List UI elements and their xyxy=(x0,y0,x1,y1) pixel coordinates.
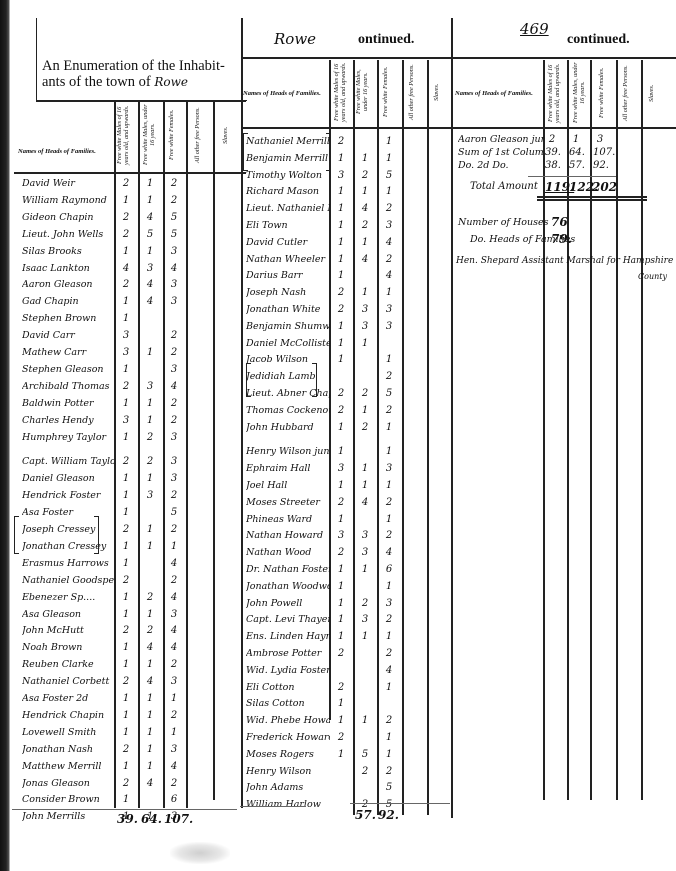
males-under-16-count: 1 xyxy=(358,338,372,349)
females-count: 1 xyxy=(382,749,396,760)
males-under-16-count: 5 xyxy=(358,749,372,760)
table-row: Ens. Linden Haynes111 xyxy=(0,631,676,648)
males-under-16-count: 2 xyxy=(358,220,372,231)
males-16-up-count: 1 xyxy=(334,698,348,709)
head-of-family-name: John Powell xyxy=(246,598,330,609)
table-row: Silas Cotton1 xyxy=(0,698,676,715)
males-under-16-count: 3 xyxy=(358,614,372,625)
males-under-16-count: 2 xyxy=(358,422,372,433)
head-of-family-name: Wid. Phebe Howard xyxy=(246,715,330,726)
head-of-family-name: Joel Hall xyxy=(246,480,330,491)
males-16-up-count: 38. xyxy=(545,160,559,171)
table-row: Henry Wilson jun.11 xyxy=(0,446,676,463)
col-header-other-free: All other free Persons. xyxy=(622,62,632,124)
table-row: John Hubbard121 xyxy=(0,422,676,439)
males-under-16-count: 4 xyxy=(358,497,372,508)
males-16-up-count: 2 xyxy=(545,134,559,145)
females-count: 4 xyxy=(382,237,396,248)
table-row: John Powell123 xyxy=(0,598,676,615)
males-16-up-count: 1 xyxy=(334,270,348,281)
females-count: 1 xyxy=(382,287,396,298)
head-of-family-name: Benjamin Shumway xyxy=(246,321,330,332)
males-16-up-count: 1 xyxy=(334,321,348,332)
head-of-family-name: Daniel McCollister xyxy=(246,338,330,349)
males-16-up-count: 2 xyxy=(334,497,348,508)
head-of-family-name: Do. 2d Do. xyxy=(458,160,544,171)
males-16-up-count: 1 xyxy=(334,338,348,349)
table-row: Wid. Lydia Foster4 xyxy=(0,665,676,682)
head-of-family-name: Lieut. Abner Chapin xyxy=(246,388,330,399)
head-of-family-name: Jonathan White xyxy=(246,304,330,315)
bracket-right xyxy=(312,363,317,397)
females-count: 1 xyxy=(382,514,396,525)
females-count: 3 xyxy=(382,598,396,609)
males-under-16-count: 4 xyxy=(358,254,372,265)
head-of-family-name: Thomas Cockenough xyxy=(246,405,330,416)
males-under-16-count: 1 xyxy=(358,715,372,726)
page-title: An Enumeration of the Inhabit- ants of t… xyxy=(42,58,247,90)
head-of-family-name: Nathan Wheeler xyxy=(246,254,330,265)
head-of-family-name: Henry Wilson jun. xyxy=(246,446,330,457)
total-amount-label: Total Amount xyxy=(470,181,538,192)
males-under-16-count: 64. xyxy=(569,147,583,158)
head-of-family-name: Lieut. Nathaniel Merril xyxy=(246,203,330,214)
head-of-family-name: David Cutler xyxy=(246,237,330,248)
males-16-up-count: 2 xyxy=(334,547,348,558)
table-row: Frederick Howard21 xyxy=(0,732,676,749)
houses-label: Number of Houses xyxy=(458,217,548,228)
table-row: Joseph Nash211 xyxy=(0,287,676,304)
head-of-family-name: Dr. Nathan Foster xyxy=(246,564,330,575)
females-count: 4 xyxy=(382,547,396,558)
table-row: Thomas Cockenough212 xyxy=(0,405,676,422)
head-of-family-name: Moses Streeter xyxy=(246,497,330,508)
table-row: Ephraim Hall313 xyxy=(0,463,676,480)
table-row: Ambrose Potter22 xyxy=(0,648,676,665)
middle-total-females: 92. xyxy=(378,808,399,822)
females-count: 2 xyxy=(382,614,396,625)
males-16-up-count: 1 xyxy=(334,598,348,609)
page-number: 469 xyxy=(520,20,549,38)
table-row: Lieut. Abner Chapin225 xyxy=(0,388,676,405)
middle-town-name: Rowe xyxy=(274,30,316,48)
head-of-family-name: Moses Rogers xyxy=(246,749,330,760)
head-of-family-name: Aaron Gleason jun. xyxy=(458,134,544,145)
table-row: Nathan Wood234 xyxy=(0,547,676,564)
females-count: 1 xyxy=(382,480,396,491)
males-16-up-count: 1 xyxy=(334,514,348,525)
males-under-16-count: 2 xyxy=(358,766,372,777)
females-count: 1 xyxy=(382,682,396,693)
females-count: 1 xyxy=(382,732,396,743)
females-count: 1 xyxy=(382,631,396,642)
bracket-left xyxy=(246,363,251,397)
sum-rule xyxy=(528,176,616,177)
table-row: Lieut. Nathaniel Merril142 xyxy=(0,203,676,220)
table-row: John Adams5 xyxy=(0,782,676,799)
males-under-16-count: 1 xyxy=(358,405,372,416)
head-of-family-name: William Harlow xyxy=(246,799,330,810)
females-count: 2 xyxy=(382,497,396,508)
families-value: 79. xyxy=(551,232,572,246)
males-under-16-count: 57. xyxy=(569,160,583,171)
males-16-up-count: 2 xyxy=(334,732,348,743)
head-of-family-name: Henry Wilson xyxy=(246,766,330,777)
head-of-family-name: Eli Cotton xyxy=(246,682,330,693)
table-row: Do. 2d Do.38.57.92. xyxy=(0,160,676,177)
females-count: 4 xyxy=(382,270,396,281)
males-16-up-count: 1 xyxy=(334,581,348,592)
females-count: 1 xyxy=(382,422,396,433)
paper-smudge xyxy=(170,842,230,864)
table-row: Capt. Levi Thayer132 xyxy=(0,614,676,631)
males-under-16-count: 1 xyxy=(569,134,583,145)
head-of-family-name: Silas Cotton xyxy=(246,698,330,709)
females-count: 1 xyxy=(382,186,396,197)
table-row: Benjamin Shumway133 xyxy=(0,321,676,338)
head-of-family-name: John Hubbard xyxy=(246,422,330,433)
females-count: 5 xyxy=(382,782,396,793)
total-double-rule xyxy=(537,199,647,201)
males-16-up-count: 2 xyxy=(334,388,348,399)
table-row: Jonathan White233 xyxy=(0,304,676,321)
males-16-up-count: 1 xyxy=(334,749,348,760)
males-16-up-count: 1 xyxy=(334,614,348,625)
head-of-family-name: Nathan Howard xyxy=(246,530,330,541)
col-header-slaves: Slaves. xyxy=(433,62,443,122)
head-of-family-name: Eli Town xyxy=(246,220,330,231)
table-row: Darius Barr14 xyxy=(0,270,676,287)
head-of-family-name: Capt. Levi Thayer xyxy=(246,614,330,625)
middle-continued-heading: ontinued. xyxy=(358,32,414,48)
head-of-family-name: Nathan Wood xyxy=(246,547,330,558)
males-under-16-count: 3 xyxy=(358,530,372,541)
head-of-family-name: Phineas Ward xyxy=(246,514,330,525)
males-16-up-count: 1 xyxy=(334,564,348,575)
names-column-header: Names of Heads of Families. xyxy=(455,90,533,97)
males-16-up-count: 1 xyxy=(334,220,348,231)
males-under-16-count: 2 xyxy=(358,598,372,609)
males-16-up-count: 1 xyxy=(334,480,348,491)
col-header-males-under-16: Free white Males, under 16 years. xyxy=(355,62,369,122)
table-row: William Harlow25 xyxy=(0,799,676,816)
females-count: 1 xyxy=(382,354,396,365)
males-16-up-count: 2 xyxy=(334,287,348,298)
head-of-family-name: Jonathan Woodworth xyxy=(246,581,330,592)
males-16-up-count: 2 xyxy=(334,304,348,315)
table-row: Eli Cotton21 xyxy=(0,682,676,699)
males-16-up-count: 1 xyxy=(334,631,348,642)
females-count: 3 xyxy=(382,304,396,315)
total-females: 202 xyxy=(592,180,617,194)
head-of-family-name: Richard Mason xyxy=(246,186,330,197)
houses-value: 76 xyxy=(551,215,568,229)
males-under-16-count: 1 xyxy=(358,631,372,642)
females-count: 2 xyxy=(382,715,396,726)
right-continued-heading: continued. xyxy=(567,32,630,48)
females-count: 4 xyxy=(382,665,396,676)
males-16-up-count: 1 xyxy=(334,203,348,214)
males-under-16-count: 4 xyxy=(358,203,372,214)
header-bottom-rule xyxy=(243,127,453,129)
males-under-16-count: 1 xyxy=(358,186,372,197)
males-under-16-count: 1 xyxy=(358,564,372,575)
males-16-up-count: 39. xyxy=(545,147,559,158)
females-count: 6 xyxy=(382,564,396,575)
females-count: 2 xyxy=(382,530,396,541)
head-of-family-name: Ephraim Hall xyxy=(246,463,330,474)
table-row: Joel Hall111 xyxy=(0,480,676,497)
males-under-16-count: 3 xyxy=(358,321,372,332)
males-16-up-count: 1 xyxy=(334,715,348,726)
males-under-16-count: 2 xyxy=(358,388,372,399)
header-bottom-rule xyxy=(453,127,676,129)
females-count: 1 xyxy=(382,581,396,592)
females-count: 2 xyxy=(382,405,396,416)
females-count: 92. xyxy=(593,160,607,171)
marshal-note-county: County xyxy=(638,272,667,281)
males-16-up-count: 1 xyxy=(334,446,348,457)
totals-rule xyxy=(240,806,305,807)
males-under-16-count: 1 xyxy=(358,287,372,298)
col-header-slaves: Slaves. xyxy=(648,62,658,124)
females-count: 3 xyxy=(382,220,396,231)
females-count: 2 xyxy=(382,648,396,659)
table-row: Wid. Phebe Howard112 xyxy=(0,715,676,732)
males-16-up-count: 1 xyxy=(334,354,348,365)
table-row: Dr. Nathan Foster116 xyxy=(0,564,676,581)
table-row: Moses Streeter242 xyxy=(0,497,676,514)
females-count: 2 xyxy=(382,766,396,777)
females-count: 2 xyxy=(382,203,396,214)
table-row: Daniel McCollister11 xyxy=(0,338,676,355)
table-row: Jonathan Woodworth11 xyxy=(0,581,676,598)
males-16-up-count: 3 xyxy=(334,463,348,474)
males-16-up-count: 1 xyxy=(334,186,348,197)
males-16-up-count: 1 xyxy=(334,254,348,265)
head-of-family-name: Joseph Nash xyxy=(246,287,330,298)
males-16-up-count: 3 xyxy=(334,530,348,541)
males-under-16-count: 1 xyxy=(358,237,372,248)
head-of-family-name: Wid. Lydia Foster xyxy=(246,665,330,676)
head-of-family-name: Jedidiah Lamb xyxy=(246,371,330,382)
names-column-header: Names of Heads of Families. xyxy=(243,90,321,97)
table-row: Nathan Howard332 xyxy=(0,530,676,547)
males-under-16-count: 3 xyxy=(358,304,372,315)
table-row: Jedidiah Lamb2 xyxy=(0,371,676,388)
header-rule xyxy=(453,57,676,59)
middle-total-males-under-16: 57. xyxy=(355,808,376,822)
col-header-females: Free white Females. xyxy=(382,62,392,122)
males-under-16-count: 3 xyxy=(358,547,372,558)
head-of-family-name: Frederick Howard xyxy=(246,732,330,743)
males-16-up-count: 1 xyxy=(334,422,348,433)
head-of-family-name: Darius Barr xyxy=(246,270,330,281)
col-header-females: Free white Females. xyxy=(598,62,608,124)
header-rule xyxy=(36,100,246,102)
totals-rule xyxy=(350,803,450,804)
males-under-16-count: 1 xyxy=(358,463,372,474)
males-16-up-count: 1 xyxy=(334,237,348,248)
males-under-16-count: 1 xyxy=(358,480,372,491)
head-of-family-name: Ens. Linden Haynes xyxy=(246,631,330,642)
females-count: 107. xyxy=(593,147,607,158)
table-row: Moses Rogers151 xyxy=(0,749,676,766)
females-count: 2 xyxy=(382,371,396,382)
males-16-up-count: 2 xyxy=(334,648,348,659)
females-count: 1 xyxy=(382,446,396,457)
marshal-note: Hen. Shepard Assistant Marshal for Hamps… xyxy=(456,256,673,266)
females-count: 2 xyxy=(382,254,396,265)
col-header-males-under-16: Free white Males, under 16 years. xyxy=(572,62,588,124)
females-count: 5 xyxy=(382,388,396,399)
table-row: Henry Wilson22 xyxy=(0,766,676,783)
col-header-males-16-up: Free white Males of 16 years old, and up… xyxy=(547,62,563,124)
header-rule xyxy=(243,57,453,59)
head-of-family-name: Jacob Wilson xyxy=(246,354,330,365)
head-of-family-name: John Adams xyxy=(246,782,330,793)
males-16-up-count: 2 xyxy=(334,405,348,416)
head-of-family-name: Sum of 1st Column xyxy=(458,147,544,158)
females-count: 3 xyxy=(593,134,607,145)
col-header-males-16-up: Free white Males of 16 years old, and up… xyxy=(333,62,349,122)
col-header-other-free: All other free Persons. xyxy=(408,62,418,122)
table-row: Phineas Ward11 xyxy=(0,514,676,531)
table-row: Jacob Wilson11 xyxy=(0,354,676,371)
females-count: 3 xyxy=(382,321,396,332)
males-16-up-count: 2 xyxy=(334,682,348,693)
females-count: 3 xyxy=(382,463,396,474)
town-name: Rowe xyxy=(154,75,188,89)
total-double-rule xyxy=(537,196,647,198)
head-of-family-name: Ambrose Potter xyxy=(246,648,330,659)
